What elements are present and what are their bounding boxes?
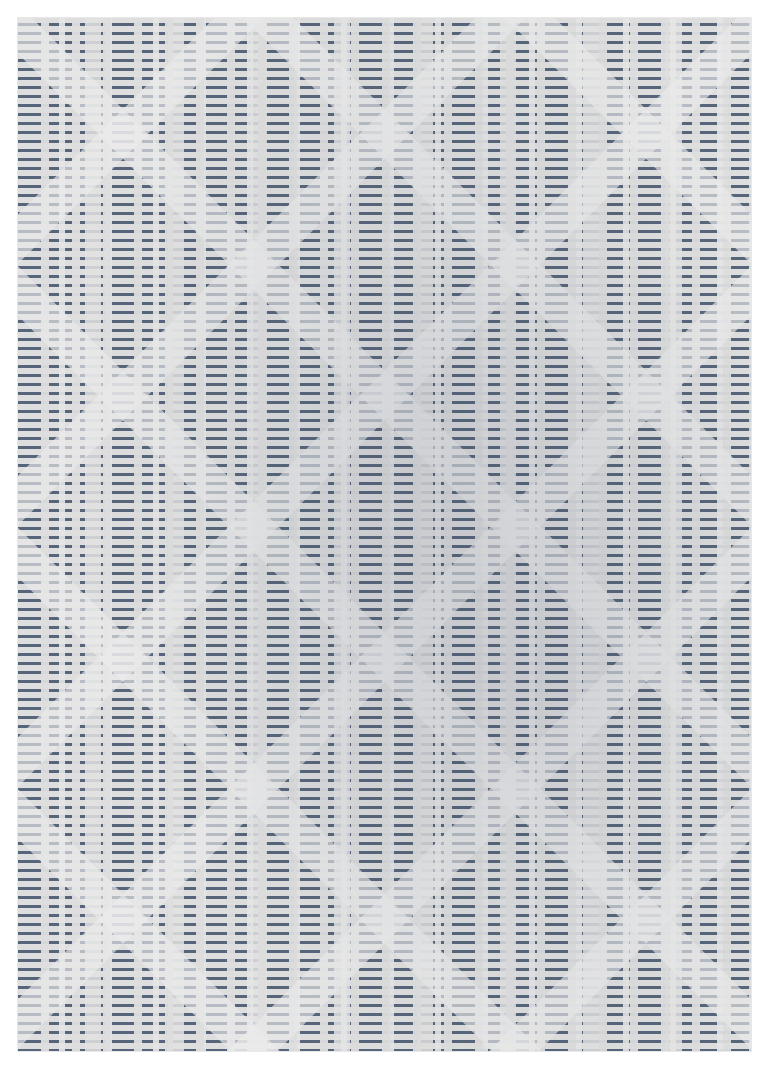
shading-overlay — [18, 18, 751, 1051]
rug: Light gray rug with distressed horizonta… — [17, 17, 752, 1052]
